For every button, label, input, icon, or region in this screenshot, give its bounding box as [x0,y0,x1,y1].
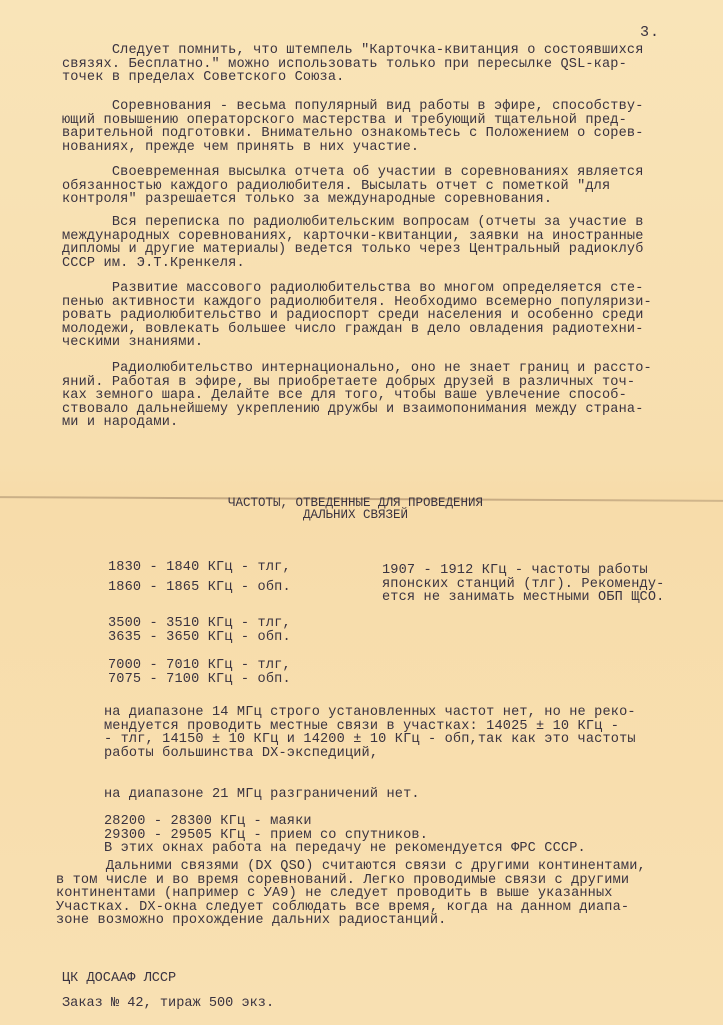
text-line: континентами (например с УА9) не следует… [56,887,646,901]
freq-line: 1860 - 1865 КГц - обп. [108,578,291,598]
paragraph-reports: Своевременная высылка отчета об участии … [62,166,644,207]
paragraph-correspondence: Вся переписка по радиолюбительским вопро… [62,216,644,270]
text-line: варительной подготовки. Внимательно озна… [62,127,644,141]
paragraph-international: Радиолюбительство интернационально, оно … [62,362,652,430]
text-line: зоне возможно прохождение дальних радиос… [56,914,646,928]
text-line: яний. Работая в эфире, вы приобретаете д… [62,376,652,390]
text-line: Дальними связями (DX QSO) считаются связ… [56,860,646,874]
text-line: Радиолюбительство интернационально, оно … [62,362,652,376]
note-line: ется не занимать местными ОБП ЩСО. [382,591,664,605]
text-line: нованиях, прежде чем принять в них участ… [62,141,644,155]
paragraph-dx-qso: Дальними связями (DX QSO) считаются связ… [56,860,646,928]
text-line: СССР им. Э.Т.Кренкеля. [62,257,644,271]
freq-40m: 7000 - 7010 КГц - тлг, 7075 - 7100 КГц -… [108,659,291,686]
section-title: ЧАСТОТЫ, ОТВЕДЕННЫЕ ДЛЯ ПРОВЕДЕНИЯ ДАЛЬН… [198,498,513,521]
note-line: - тлг, 14150 ± 10 КГц и 14200 ± 10 КГц -… [104,733,636,747]
text-line: ках земного шара. Делайте все для того, … [62,389,652,403]
note-line: японских станций (тлг). Рекоменду- [382,578,664,592]
text-line: молодежи, вовлекать большее число гражда… [62,323,652,337]
text-line: ющий повышению операторского мастерства … [62,114,644,128]
note-line: В этих окнах работа на передачу не реком… [104,842,586,856]
note-line: 1907 - 1912 КГц - частоты работы [382,564,664,578]
text-line: ми и народами. [62,416,652,430]
note-line: работы большинства DX-экспедиций, [104,747,636,761]
text-line: точек в пределах Советского Союза. [62,71,644,85]
text-line: Развитие массового радиолюбительства во … [62,282,652,296]
note-line: мендуется проводить местные связи в учас… [104,720,636,734]
freq-line: 7075 - 7100 КГц - обп. [108,673,291,687]
footer-publisher: ЦК ДОСААФ ЛССР [62,971,176,986]
text-line: связях. Бесплатно." можно использовать т… [62,58,644,72]
japan-stations-note: 1907 - 1912 КГц - частоты работы японски… [382,564,664,605]
footer-order: Заказ № 42, тираж 500 экз. [62,996,274,1011]
paragraph-contests: Соревнования - весьма популярный вид раб… [62,100,644,154]
title-line: ДАЛЬНИХ СВЯЗЕЙ [198,510,513,522]
freq-line: 3635 - 3650 КГц - обп. [108,631,291,645]
text-line: ствовало дальнейшему укреплению дружбы и… [62,403,652,417]
text-line: Соревнования - весьма популярный вид раб… [62,100,644,114]
text-line: ческими знаниями. [62,336,652,350]
freq-160m: 1830 - 1840 КГц - тлг, 1860 - 1865 КГц -… [108,558,291,598]
freq-line: 7000 - 7010 КГц - тлг, [108,659,291,673]
document-page: 3. Следует помнить, что штемпель "Карточ… [0,0,723,1025]
text-line: дипломы и другие материалы) ведется толь… [62,243,644,257]
note-line: на диапазоне 21 МГц разграничений нет. [104,788,420,802]
note-line: на диапазоне 14 МГц строго установленных… [104,706,636,720]
text-line: обязанностью каждого радиолюбителя. Высы… [62,180,644,194]
freq-line: 1830 - 1840 КГц - тлг, [108,558,291,578]
text-line: Следует помнить, что штемпель "Карточка-… [62,44,644,58]
freq-80m: 3500 - 3510 КГц - тлг, 3635 - 3650 КГц -… [108,617,291,644]
freq-line: 28200 - 28300 КГц - маяки [104,815,586,829]
paragraph-qsl-stamp: Следует помнить, что штемпель "Карточка-… [62,44,644,85]
text-line: Участках. DX-окна следует соблюдать все … [56,901,646,915]
paragraph-development: Развитие массового радиолюбительства во … [62,282,652,350]
text-line: пенью активности каждого радиолюбителя. … [62,296,652,310]
text-line: в том числе и во время соревнований. Лег… [56,874,646,888]
text-line: международных соревнованиях, карточки-кв… [62,230,644,244]
text-line: Вся переписка по радиолюбительским вопро… [62,216,644,230]
text-line: ровать радиолюбительство и радиоспорт ср… [62,309,652,323]
freq-line: 3500 - 3510 КГц - тлг, [108,617,291,631]
freq-line: 29300 - 29505 КГц - прием со спутников. [104,829,586,843]
text-line: Своевременная высылка отчета об участии … [62,166,644,180]
page-number: 3. [640,24,660,41]
freq-15m-note: на диапазоне 21 МГц разграничений нет. [104,788,420,802]
text-line: контроля" разрешается только за междунар… [62,193,644,207]
freq-10m: 28200 - 28300 КГц - маяки 29300 - 29505 … [104,815,586,856]
freq-20m-note: на диапазоне 14 МГц строго установленных… [104,706,636,760]
